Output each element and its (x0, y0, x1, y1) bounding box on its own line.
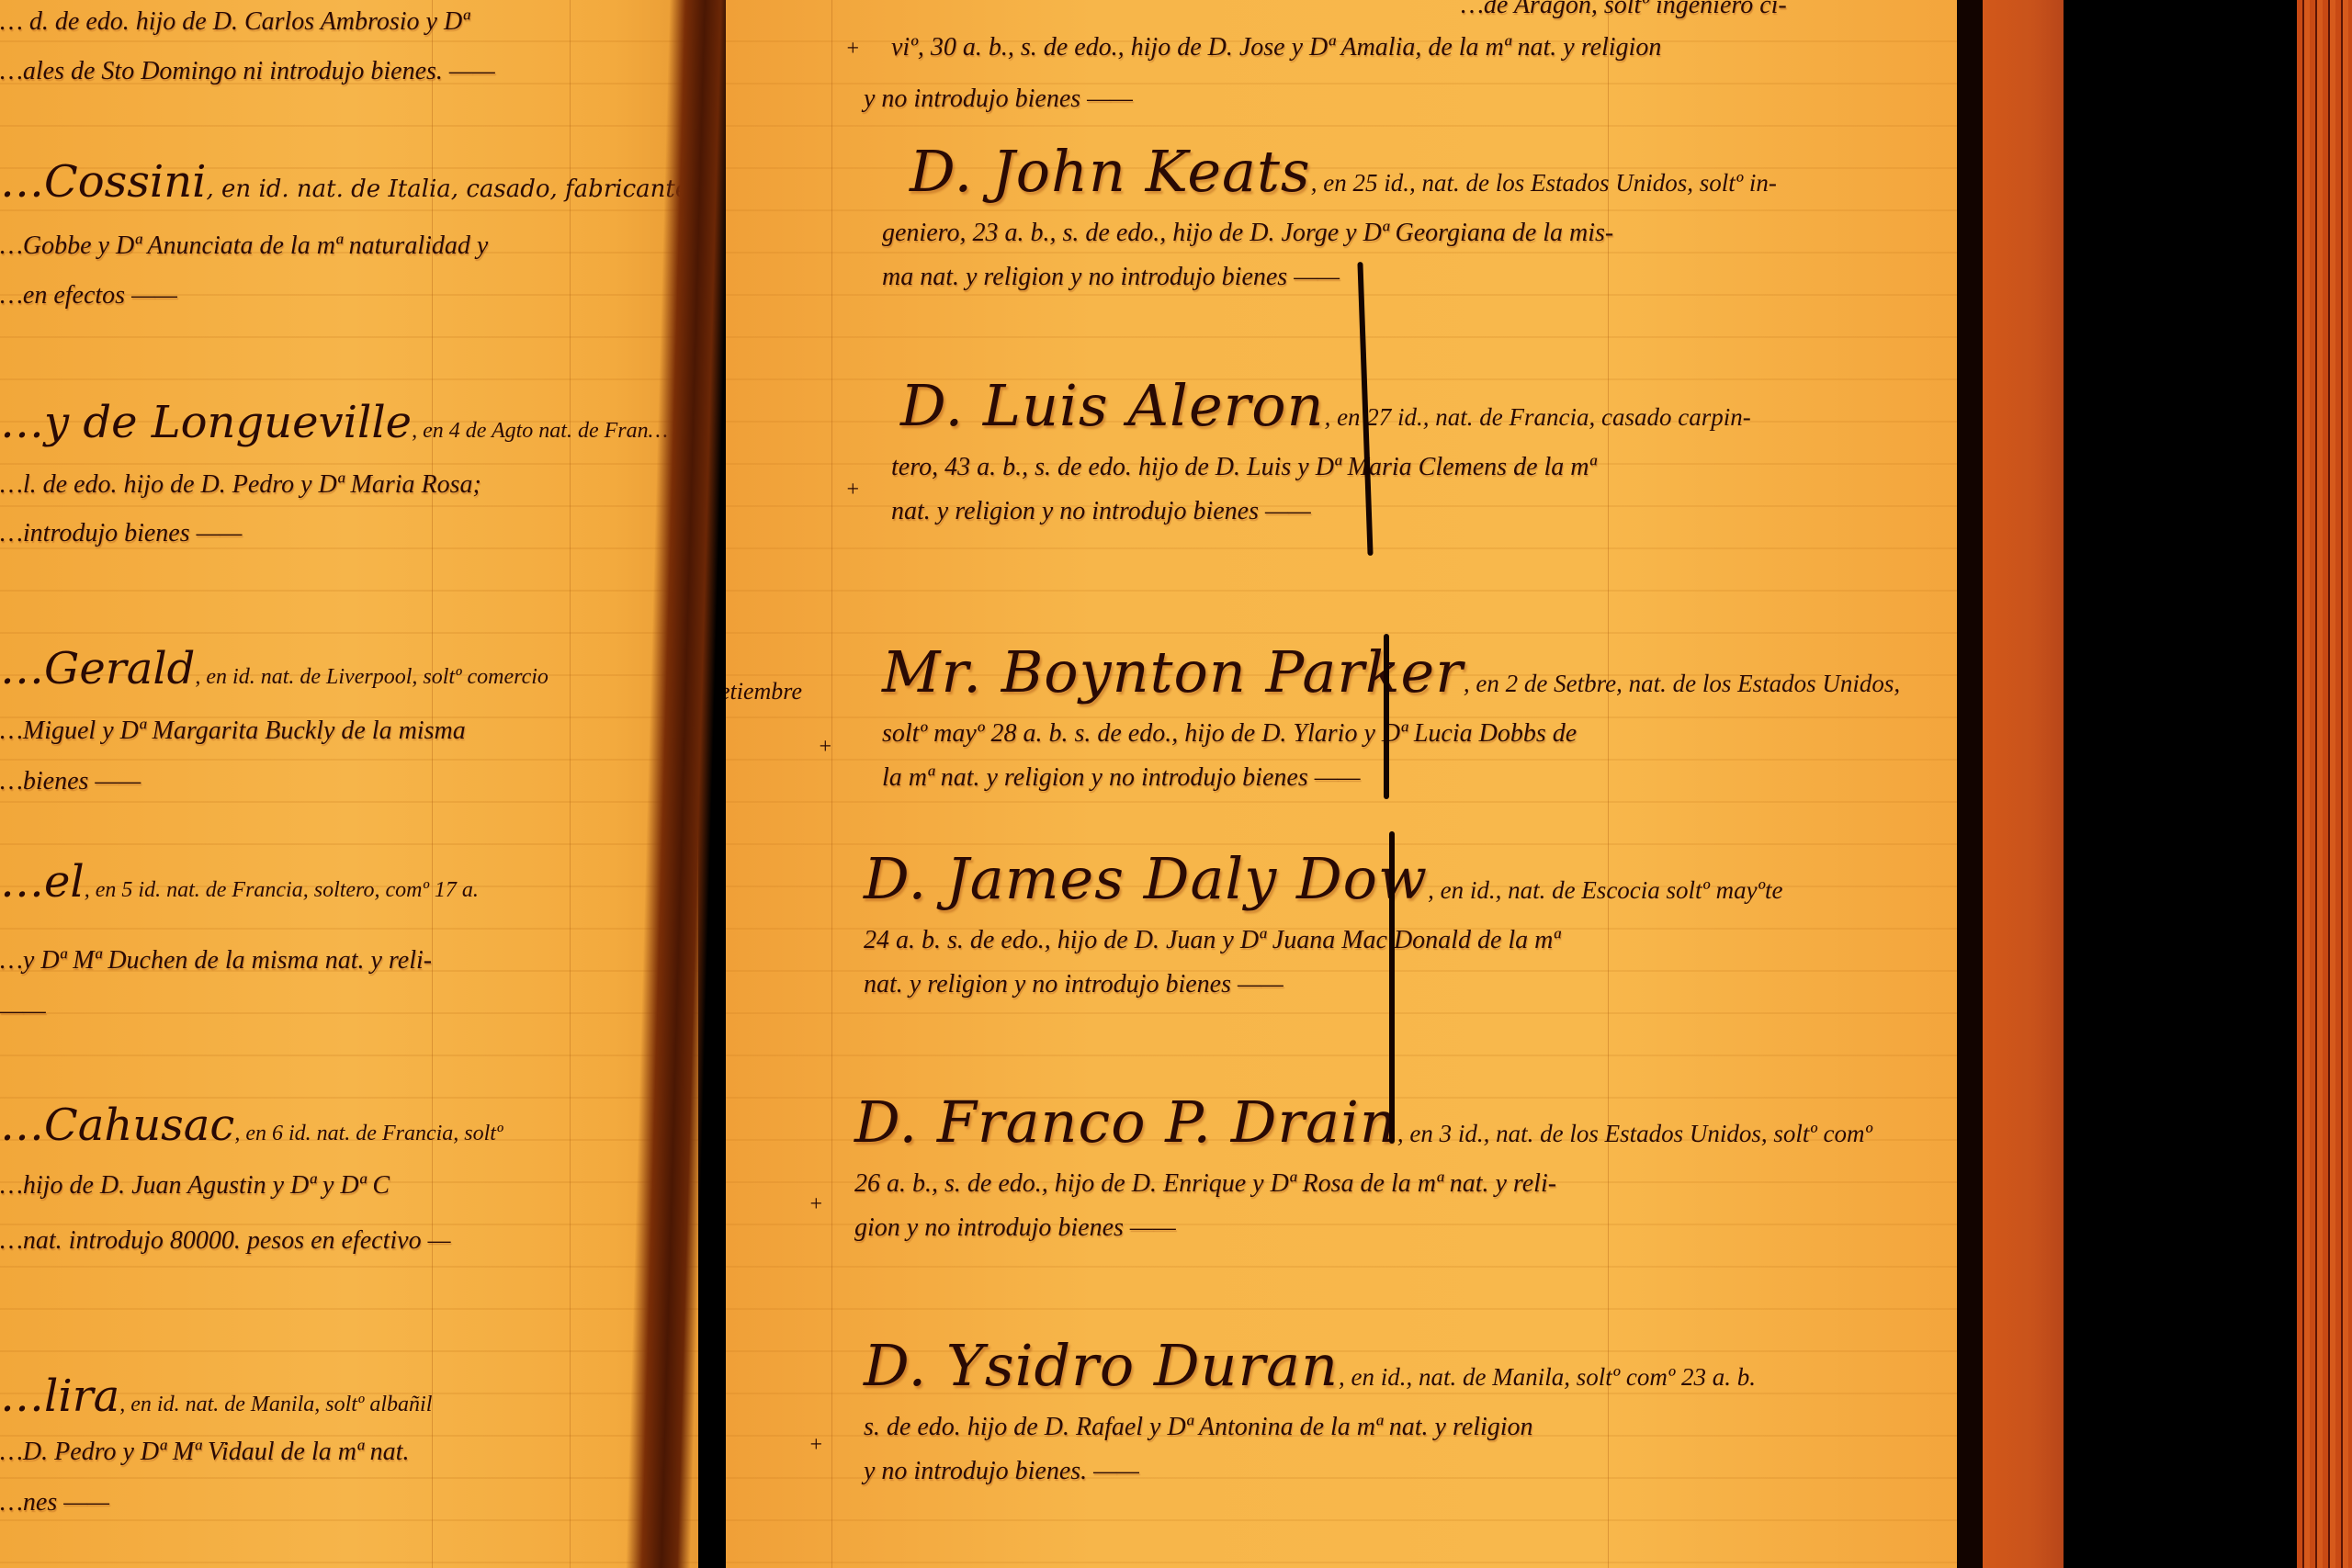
register-entry: D. Luis Aleron, en 27 id., nat. de Franc… (900, 372, 1751, 540)
margin-month-label: Setiembre (726, 678, 802, 705)
left-page: … d. de edo. hijo de D. Carlos Ambrosio … (0, 0, 698, 1568)
entry-name: …y de Longueville, en 4 de Agto nat. de … (0, 397, 668, 448)
entry-name: …Cahusac, en 6 id. nat. de Francia, solt… (0, 1100, 503, 1151)
register-entry: Mr. Boynton Parker, en 2 de Setbre, nat.… (882, 638, 1900, 807)
left-line: …nat. introdujo 80000. pesos en efectivo… (0, 1226, 450, 1256)
left-line: …D. Pedro y Dª Mª Vidaul de la mª nat. (0, 1438, 409, 1467)
entry-detail: , en 6 id. nat. de Francia, soltº (234, 1122, 503, 1145)
left-line: …l. de edo. hijo de D. Pedro y Dª Maria … (0, 470, 481, 500)
left-line: …ales de Sto Domingo ni introdujo bienes… (0, 57, 495, 86)
right-page: …de Aragon, soltº ingeniero ci- + viº, 3… (726, 0, 1962, 1568)
entry-name: …lira, en id. nat. de Manila, soltº alba… (0, 1371, 432, 1422)
name-text: …lira (0, 1371, 119, 1422)
left-line: …en efectos —— (0, 281, 177, 310)
entry-name: D. Franco P. Drain (854, 1089, 1397, 1156)
left-line: …nes —— (0, 1488, 109, 1517)
pen-strike-line-icon (1384, 634, 1389, 799)
entry-name: Mr. Boynton Parker (882, 638, 1464, 705)
register-entry: D. John Keats, en 25 id., nat. de los Es… (910, 138, 1777, 306)
right-line: y no introdujo bienes —— (864, 85, 1133, 114)
entry-line: ma nat. y religion y no introdujo bienes… (882, 249, 1777, 306)
entry-name: …Cossini, en id. nat. de Italia, casado,… (0, 156, 689, 208)
entry-detail: , en id. nat. de Manila, soltº albañil (119, 1393, 432, 1416)
margin-cross-icon: + (845, 37, 860, 62)
entry-detail: , en 2 de Setbre, nat. de los Estados Un… (1464, 670, 1900, 697)
entry-detail: , en 5 id. nat. de Francia, soltero, com… (85, 878, 479, 902)
margin-cross-icon: + (808, 1192, 823, 1217)
name-text: …y de Longueville (0, 397, 412, 448)
left-line: …y Dª Mª Duchen de la misma nat. y reli- (0, 946, 432, 976)
name-text: …Gerald (0, 643, 195, 694)
entry-detail: , en 4 de Agto nat. de Fran… (412, 419, 668, 443)
pen-strike-line-icon (1389, 831, 1395, 1144)
entry-detail: , en id. nat. de Liverpool, soltº comerc… (195, 665, 548, 689)
entry-name: D. James Daly Dow (864, 845, 1428, 912)
entry-detail: , en 3 id., nat. de los Estados Unidos, … (1397, 1120, 1872, 1147)
entry-name: D. Ysidro Duran (864, 1332, 1339, 1399)
margin-cross-icon: + (818, 735, 832, 760)
right-line: viº, 30 a. b., s. de edo., hijo de D. Jo… (891, 33, 1661, 62)
entry-name: D. Luis Aleron (900, 372, 1325, 439)
ruled-margin-line (831, 0, 832, 1568)
left-line: … d. de edo. hijo de D. Carlos Ambrosio … (0, 7, 469, 37)
entry-detail: , en id., nat. de Escocia soltº mayºte (1428, 876, 1782, 904)
margin-cross-icon: + (808, 1433, 823, 1458)
name-text: …Cossini (0, 156, 207, 208)
entry-name: D. John Keats (910, 138, 1311, 205)
register-entry: D. Ysidro Duran, en id., nat. de Manila,… (864, 1332, 1756, 1500)
margin-cross-icon: + (845, 478, 860, 502)
entry-detail: , en id. nat. de Italia, casado, fabrica… (207, 175, 690, 203)
entry-name: …el, en 5 id. nat. de Francia, soltero, … (0, 856, 479, 908)
left-line: —— (0, 997, 46, 1026)
adjacent-page-strip (1983, 0, 2064, 1568)
scanned-ledger: … d. de edo. hijo de D. Carlos Ambrosio … (0, 0, 2352, 1568)
right-line: …de Aragon, soltº ingeniero ci- (1461, 0, 1787, 20)
dark-background (2064, 0, 2304, 1568)
name-text: …Cahusac (0, 1100, 234, 1151)
entry-detail: , en 27 id., nat. de Francia, casado car… (1325, 403, 1751, 431)
stacked-page-edges (2297, 0, 2352, 1568)
left-line: …introdujo bienes —— (0, 519, 242, 548)
left-line: …hijo de D. Juan Agustin y Dª y Dª C (0, 1171, 390, 1201)
entry-detail: , en 25 id., nat. de los Estados Unidos,… (1311, 169, 1777, 197)
ruled-column-line (570, 0, 571, 1568)
name-text: …el (0, 856, 85, 908)
entry-name: …Gerald, en id. nat. de Liverpool, soltº… (0, 643, 548, 694)
page-edge-shadow (1957, 0, 1983, 1568)
left-line: …bienes —— (0, 767, 141, 796)
left-line: …Gobbe y Dª Anunciata de la mª naturalid… (0, 231, 488, 261)
left-line: …Miguel y Dª Margarita Buckly de la mism… (0, 716, 466, 746)
entry-detail: , en id., nat. de Manila, soltº comº 23 … (1339, 1363, 1756, 1391)
register-entry: D. James Daly Dow, en id., nat. de Escoc… (864, 845, 1783, 1013)
register-entry: D. Franco P. Drain, en 3 id., nat. de lo… (854, 1089, 1872, 1257)
